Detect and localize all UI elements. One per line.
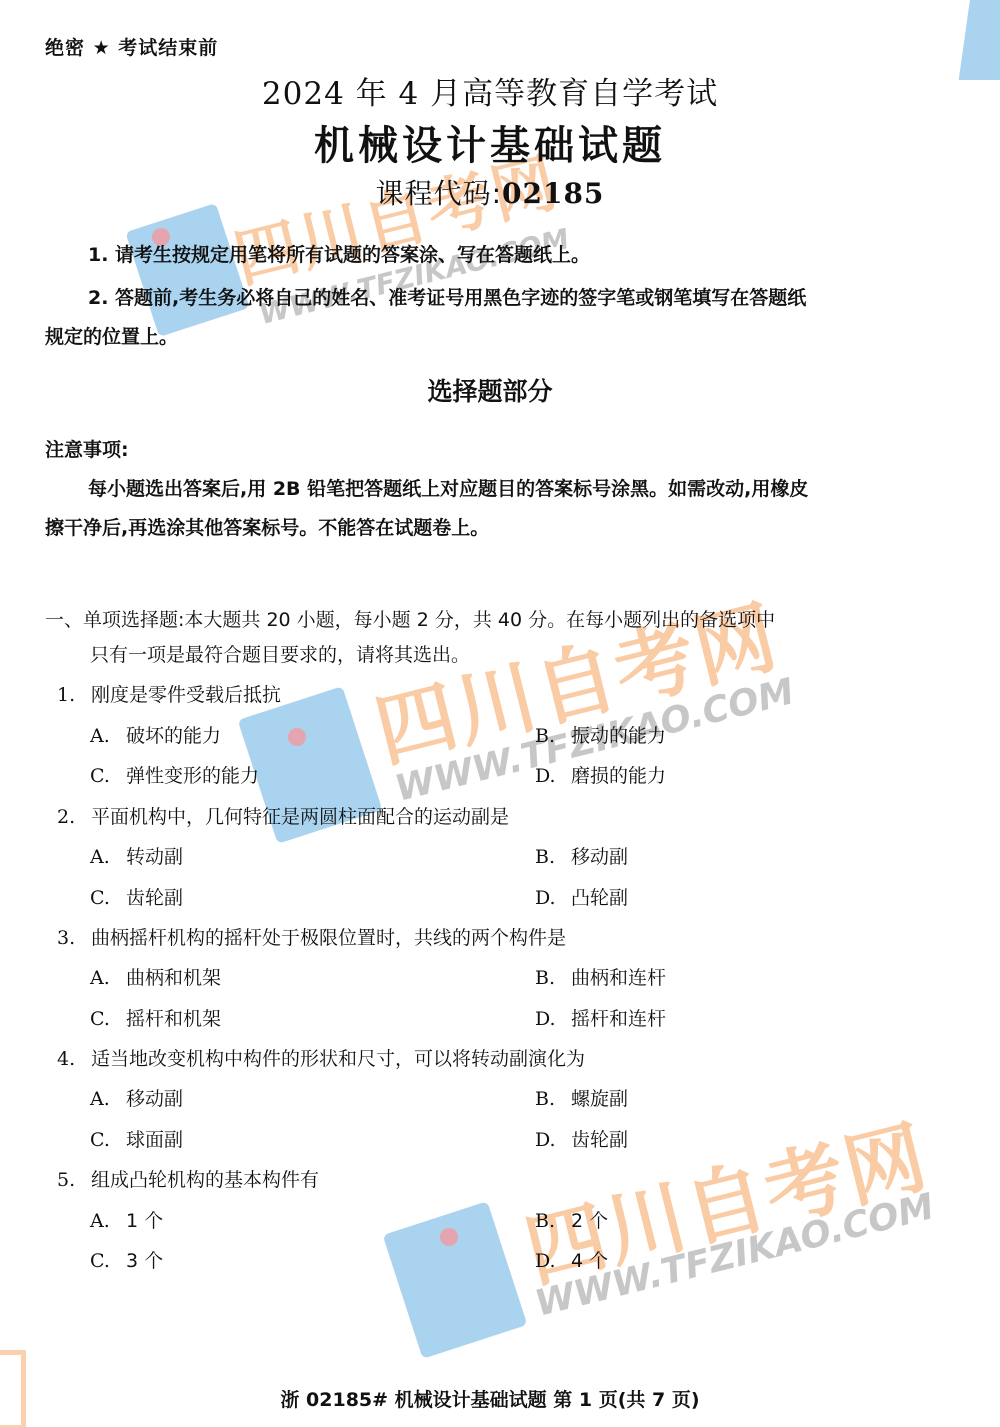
option-text: 曲柄和机架 (126, 967, 221, 989)
option-text: 摇杆和连杆 (571, 1008, 666, 1030)
option-text: 振动的能力 (571, 725, 666, 747)
question-text: 刚度是零件受载后抵抗 (91, 684, 281, 706)
option-c: C.弹性变形的能力 (90, 761, 259, 788)
option-letter: D. (535, 887, 571, 909)
question-number: 1. (57, 684, 91, 706)
question-stem: 3.曲柄摇杆机构的摇杆处于极限位置时，共线的两个构件是 (57, 923, 566, 950)
option-c: C.齿轮副 (90, 883, 183, 910)
question-number: 3. (57, 927, 91, 949)
option-letter: D. (535, 1250, 571, 1272)
course-code-label: 课程代码: (376, 177, 502, 210)
option-letter: C. (90, 1129, 126, 1151)
option-text: 4 个 (571, 1250, 608, 1272)
page-footer: 浙 02185# 机械设计基础试题 第 1 页(共 7 页) (0, 1385, 980, 1412)
option-letter: C. (90, 887, 126, 909)
option-a: A.破坏的能力 (90, 721, 221, 748)
option-text: 移动副 (571, 846, 628, 868)
option-letter: A. (90, 725, 126, 747)
question-text: 曲柄摇杆机构的摇杆处于极限位置时，共线的两个构件是 (91, 927, 566, 949)
option-letter: A. (90, 1088, 126, 1110)
option-b: B.螺旋副 (535, 1084, 628, 1111)
option-letter: A. (90, 1210, 126, 1232)
watermark-logo-icon (383, 1201, 528, 1359)
option-c: C.摇杆和机架 (90, 1004, 221, 1031)
option-text: 齿轮副 (571, 1129, 628, 1151)
option-letter: A. (90, 967, 126, 989)
instruction-1: 1. 请考生按规定用笔将所有试题的答案涂、写在答题纸上。 (88, 240, 590, 267)
option-text: 螺旋副 (571, 1088, 628, 1110)
option-a: A.转动副 (90, 842, 183, 869)
question-stem: 4.适当地改变机构中构件的形状和尺寸，可以将转动副演化为 (57, 1044, 585, 1071)
option-text: 球面副 (126, 1129, 183, 1151)
option-letter: D. (535, 765, 571, 787)
option-d: D.凸轮副 (535, 883, 628, 910)
watermark-url-text: WWW.TFZIKAO.COM (256, 222, 573, 331)
option-text: 凸轮副 (571, 887, 628, 909)
option-text: 齿轮副 (126, 887, 183, 909)
option-a: A.移动副 (90, 1084, 183, 1111)
question-stem: 1.刚度是零件受载后抵抗 (57, 680, 281, 707)
option-text: 弹性变形的能力 (126, 765, 259, 787)
option-letter: B. (535, 967, 571, 989)
option-b: B.振动的能力 (535, 721, 666, 748)
watermark-logo-icon (125, 203, 249, 337)
option-letter: D. (535, 1129, 571, 1151)
option-letter: B. (535, 1210, 571, 1232)
option-text: 破坏的能力 (126, 725, 221, 747)
option-d: D.磨损的能力 (535, 761, 666, 788)
question-text: 组成凸轮机构的基本构件有 (91, 1169, 319, 1191)
question-stem: 2.平面机构中，几何特征是两圆柱面配合的运动副是 (57, 802, 509, 829)
part-heading-line-1: 一、单项选择题:本大题共 20 小题，每小题 2 分，共 40 分。在每小题列出… (45, 605, 775, 632)
option-letter: B. (535, 846, 571, 868)
option-text: 1 个 (126, 1210, 163, 1232)
notes-label: 注意事项: (45, 435, 129, 462)
watermark-logo-dot (440, 1228, 458, 1246)
option-text: 磨损的能力 (571, 765, 666, 787)
option-c: C.球面副 (90, 1125, 183, 1152)
part-heading-line-2: 只有一项是最符合题目要求的，请将其选出。 (90, 640, 470, 667)
option-b: B.曲柄和连杆 (535, 963, 666, 990)
question-text: 平面机构中，几何特征是两圆柱面配合的运动副是 (91, 806, 509, 828)
option-d: D.摇杆和连杆 (535, 1004, 666, 1031)
page-title: 机械设计基础试题 (0, 114, 980, 171)
option-letter: B. (535, 1088, 571, 1110)
notes-text-line-2: 擦干净后,再选涂其他答案标号。不能答在试题卷上。 (45, 513, 489, 540)
notes-text-line-1: 每小题选出答案后,用 2B 铅笔把答题纸上对应题目的答案标号涂黑。如需改动,用橡… (88, 474, 808, 501)
question-text: 适当地改变机构中构件的形状和尺寸，可以将转动副演化为 (91, 1048, 585, 1070)
option-a: A.曲柄和机架 (90, 963, 221, 990)
option-d: D.齿轮副 (535, 1125, 628, 1152)
option-letter: C. (90, 1250, 126, 1272)
section-title: 选择题部分 (0, 372, 980, 408)
option-a: A.1 个 (90, 1206, 163, 1233)
option-text: 曲柄和连杆 (571, 967, 666, 989)
option-letter: B. (535, 725, 571, 747)
question-number: 2. (57, 806, 91, 828)
secret-mark: 绝密 ★ 考试结束前 (45, 33, 218, 60)
question-number: 4. (57, 1048, 91, 1070)
option-b: B.2 个 (535, 1206, 608, 1233)
option-text: 摇杆和机架 (126, 1008, 221, 1030)
option-letter: A. (90, 846, 126, 868)
option-text: 2 个 (571, 1210, 608, 1232)
option-letter: C. (90, 1008, 126, 1030)
option-text: 转动副 (126, 846, 183, 868)
option-text: 3 个 (126, 1250, 163, 1272)
instruction-2: 2. 答题前,考生务必将自己的姓名、准考证号用黑色字迹的签字笔或钢笔填写在答题纸 (88, 283, 806, 310)
instruction-2-continued: 规定的位置上。 (45, 322, 178, 349)
course-code: 课程代码:02185 (0, 172, 980, 212)
question-number: 5. (57, 1169, 91, 1191)
watermark-logo-dot (288, 728, 306, 746)
option-letter: D. (535, 1008, 571, 1030)
option-text: 移动副 (126, 1088, 183, 1110)
exam-session: 2024 年 4 月高等教育自学考试 (0, 68, 980, 113)
question-stem: 5.组成凸轮机构的基本构件有 (57, 1165, 319, 1192)
option-letter: C. (90, 765, 126, 787)
course-code-value: 02185 (502, 177, 604, 210)
option-c: C.3 个 (90, 1246, 163, 1273)
watermark-brand-text: 四川自考网 (362, 572, 788, 783)
option-b: B.移动副 (535, 842, 628, 869)
option-d: D.4 个 (535, 1246, 608, 1273)
